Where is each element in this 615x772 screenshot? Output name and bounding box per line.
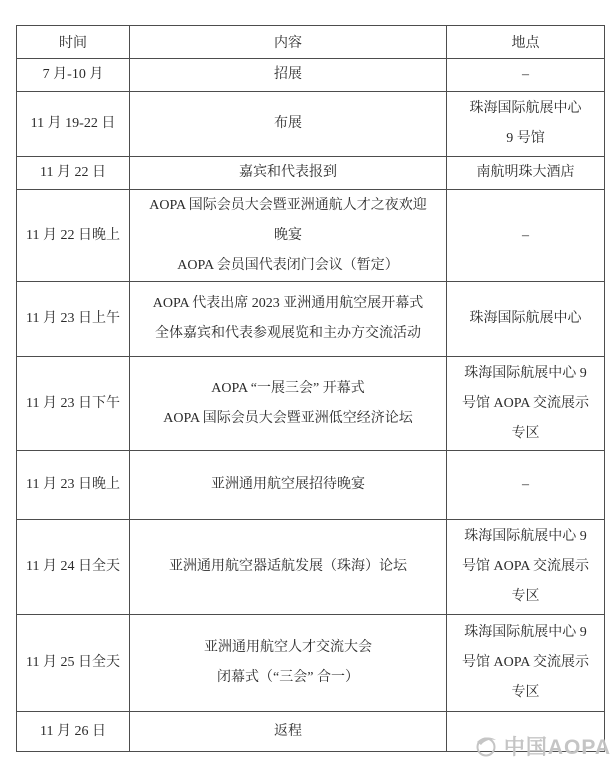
header-time: 时间 bbox=[17, 26, 130, 59]
content-line: 亚洲通用航空器适航发展（珠海）论坛 bbox=[132, 552, 444, 582]
location-line: 珠海国际航展中心 bbox=[449, 94, 602, 124]
cell-content: AOPA 代表出席 2023 亚洲通用航空展开幕式 全体嘉宾和代表参观展览和主办… bbox=[130, 282, 447, 357]
content-line: 全体嘉宾和代表参观展览和主办方交流活动 bbox=[132, 319, 444, 349]
table-row: 11 月 23 日上午 AOPA 代表出席 2023 亚洲通用航空展开幕式 全体… bbox=[17, 282, 605, 357]
location-line: 号馆 AOPA 交流展示 bbox=[449, 389, 602, 419]
cell-location: 南航明珠大酒店 bbox=[447, 157, 605, 190]
cell-time: 11 月 22 日 bbox=[17, 157, 130, 190]
cell-time: 11 月 23 日上午 bbox=[17, 282, 130, 357]
content-line: AOPA “一展三会” 开幕式 bbox=[132, 374, 444, 404]
location-line: – bbox=[449, 60, 602, 90]
content-line: 布展 bbox=[132, 109, 444, 139]
time-text: 11 月 23 日上午 bbox=[19, 304, 127, 334]
schedule-page: 时间 内容 地点 7 月-10 月 招展 – 11 月 19-22 日 布展 珠… bbox=[0, 0, 615, 772]
cell-location: 珠海国际航展中心 9 号馆 AOPA 交流展示 专区 bbox=[447, 615, 605, 712]
table-header-row: 时间 内容 地点 bbox=[17, 26, 605, 59]
time-text: 11 月 22 日晚上 bbox=[19, 221, 127, 251]
time-text: 11 月 25 日全天 bbox=[19, 648, 127, 678]
cell-content: 亚洲通用航空器适航发展（珠海）论坛 bbox=[130, 520, 447, 615]
table-row: 11 月 22 日 嘉宾和代表报到 南航明珠大酒店 bbox=[17, 157, 605, 190]
location-line: 珠海国际航展中心 9 bbox=[449, 359, 602, 389]
time-text: 11 月 22 日 bbox=[19, 158, 127, 188]
location-line: 号馆 AOPA 交流展示 bbox=[449, 552, 602, 582]
time-text: 11 月 19-22 日 bbox=[19, 109, 127, 139]
table-row: 11 月 26 日 返程 bbox=[17, 712, 605, 752]
cell-time: 11 月 25 日全天 bbox=[17, 615, 130, 712]
content-line: 亚洲通用航空展招待晚宴 bbox=[132, 470, 444, 500]
content-line: AOPA 代表出席 2023 亚洲通用航空展开幕式 bbox=[132, 289, 444, 319]
cell-location: 珠海国际航展中心 bbox=[447, 282, 605, 357]
cell-location: – bbox=[447, 451, 605, 520]
content-line: 亚洲通用航空人才交流大会 bbox=[132, 633, 444, 663]
cell-time: 11 月 24 日全天 bbox=[17, 520, 130, 615]
cell-time: 11 月 19-22 日 bbox=[17, 92, 130, 157]
location-line: 专区 bbox=[449, 678, 602, 708]
cell-content: 返程 bbox=[130, 712, 447, 752]
cell-time: 11 月 23 日下午 bbox=[17, 357, 130, 451]
time-text: 11 月 24 日全天 bbox=[19, 552, 127, 582]
content-line: 晚宴 bbox=[132, 221, 444, 251]
event-schedule-table: 时间 内容 地点 7 月-10 月 招展 – 11 月 19-22 日 布展 珠… bbox=[16, 25, 605, 752]
cell-content: AOPA 国际会员大会暨亚洲通航人才之夜欢迎 晚宴 AOPA 会员国代表闭门会议… bbox=[130, 190, 447, 282]
content-line: 招展 bbox=[132, 60, 444, 90]
location-line: 珠海国际航展中心 9 bbox=[449, 522, 602, 552]
location-line: 号馆 AOPA 交流展示 bbox=[449, 648, 602, 678]
header-content: 内容 bbox=[130, 26, 447, 59]
content-line: 返程 bbox=[132, 717, 444, 747]
cell-time: 11 月 23 日晚上 bbox=[17, 451, 130, 520]
table-row: 11 月 19-22 日 布展 珠海国际航展中心 9 号馆 bbox=[17, 92, 605, 157]
table-row: 11 月 23 日晚上 亚洲通用航空展招待晚宴 – bbox=[17, 451, 605, 520]
table-row: 11 月 25 日全天 亚洲通用航空人才交流大会 闭幕式（“三会” 合一） 珠海… bbox=[17, 615, 605, 712]
table-row: 11 月 22 日晚上 AOPA 国际会员大会暨亚洲通航人才之夜欢迎 晚宴 AO… bbox=[17, 190, 605, 282]
time-text: 7 月-10 月 bbox=[19, 60, 127, 90]
content-line: AOPA 国际会员大会暨亚洲低空经济论坛 bbox=[132, 404, 444, 434]
cell-content: 亚洲通用航空展招待晚宴 bbox=[130, 451, 447, 520]
cell-content: 嘉宾和代表报到 bbox=[130, 157, 447, 190]
cell-content: 招展 bbox=[130, 59, 447, 92]
location-line: 专区 bbox=[449, 419, 602, 449]
table-row: 11 月 24 日全天 亚洲通用航空器适航发展（珠海）论坛 珠海国际航展中心 9… bbox=[17, 520, 605, 615]
cell-content: AOPA “一展三会” 开幕式 AOPA 国际会员大会暨亚洲低空经济论坛 bbox=[130, 357, 447, 451]
header-location: 地点 bbox=[447, 26, 605, 59]
cell-location: – bbox=[447, 59, 605, 92]
time-text: 11 月 23 日晚上 bbox=[19, 470, 127, 500]
location-line: 9 号馆 bbox=[449, 124, 602, 154]
cell-location bbox=[447, 712, 605, 752]
table-row: 7 月-10 月 招展 – bbox=[17, 59, 605, 92]
location-line: 珠海国际航展中心 9 bbox=[449, 618, 602, 648]
location-line: – bbox=[449, 470, 602, 500]
location-line: 珠海国际航展中心 bbox=[449, 304, 602, 334]
location-line: – bbox=[449, 221, 602, 251]
cell-time: 11 月 26 日 bbox=[17, 712, 130, 752]
content-line: 闭幕式（“三会” 合一） bbox=[132, 663, 444, 693]
cell-location: 珠海国际航展中心 9 号馆 bbox=[447, 92, 605, 157]
cell-location: 珠海国际航展中心 9 号馆 AOPA 交流展示 专区 bbox=[447, 520, 605, 615]
location-line: 专区 bbox=[449, 582, 602, 612]
location-line: 南航明珠大酒店 bbox=[449, 158, 602, 188]
cell-time: 7 月-10 月 bbox=[17, 59, 130, 92]
cell-content: 亚洲通用航空人才交流大会 闭幕式（“三会” 合一） bbox=[130, 615, 447, 712]
cell-content: 布展 bbox=[130, 92, 447, 157]
content-line: 嘉宾和代表报到 bbox=[132, 158, 444, 188]
cell-location: 珠海国际航展中心 9 号馆 AOPA 交流展示 专区 bbox=[447, 357, 605, 451]
cell-time: 11 月 22 日晚上 bbox=[17, 190, 130, 282]
content-line: AOPA 国际会员大会暨亚洲通航人才之夜欢迎 bbox=[132, 191, 444, 221]
time-text: 11 月 26 日 bbox=[19, 717, 127, 747]
table-row: 11 月 23 日下午 AOPA “一展三会” 开幕式 AOPA 国际会员大会暨… bbox=[17, 357, 605, 451]
cell-location: – bbox=[447, 190, 605, 282]
content-line: AOPA 会员国代表闭门会议（暂定） bbox=[132, 251, 444, 281]
time-text: 11 月 23 日下午 bbox=[19, 389, 127, 419]
